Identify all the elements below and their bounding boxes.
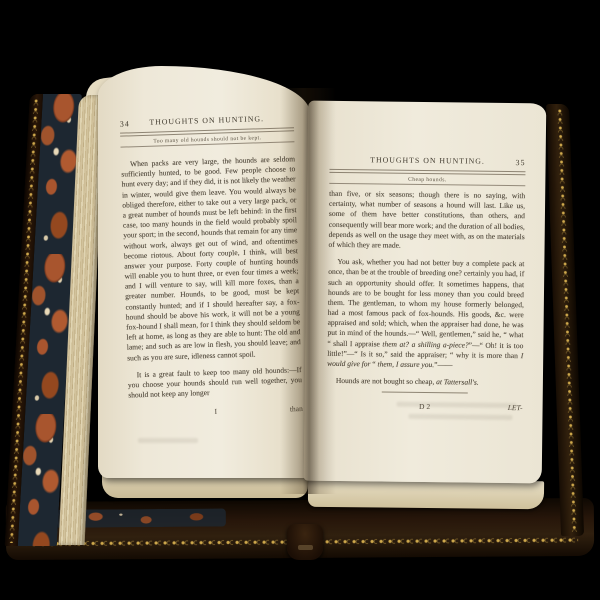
catchword: than [245,404,303,415]
signature-mark: I [187,406,245,417]
page-footer: I than [129,404,303,418]
page-header: THOUGHTS ON HUNTING. 35 [330,155,526,170]
gilt-tooling-border [556,107,578,533]
paragraph: It is a great fault to keep too many old… [127,358,302,401]
paragraph: Hounds are not bought so cheap, at Tatte… [327,369,523,389]
paragraph: You ask, whether you had not better buy … [327,250,524,371]
running-title: THOUGHTS ON HUNTING. [330,155,526,166]
running-title: THOUGHTS ON HUNTING. [120,113,294,127]
paragraph: than five, or six seasons; though there … [329,189,526,253]
show-through-text [138,438,198,443]
right-board-edge [546,104,584,536]
page-edge-curl [308,479,544,509]
rule [382,392,468,394]
left-page: 34 THOUGHTS ON HUNTING. Too many old hou… [98,66,310,478]
right-page: THOUGHTS ON HUNTING. 35 Cheap hounds. th… [304,101,547,484]
page-number: 35 [516,158,526,167]
antique-book-photo: 34 THOUGHTS ON HUNTING. Too many old hou… [0,0,600,600]
spine-tail [287,524,323,560]
spine-band [298,545,313,550]
paragraph: When packs are very large, the hounds ar… [121,147,302,363]
page-number: 34 [120,119,130,128]
page-text: than five, or six seasons; though there … [327,189,525,389]
show-through-text [408,414,512,420]
page-text: When packs are very large, the hounds ar… [121,147,303,401]
